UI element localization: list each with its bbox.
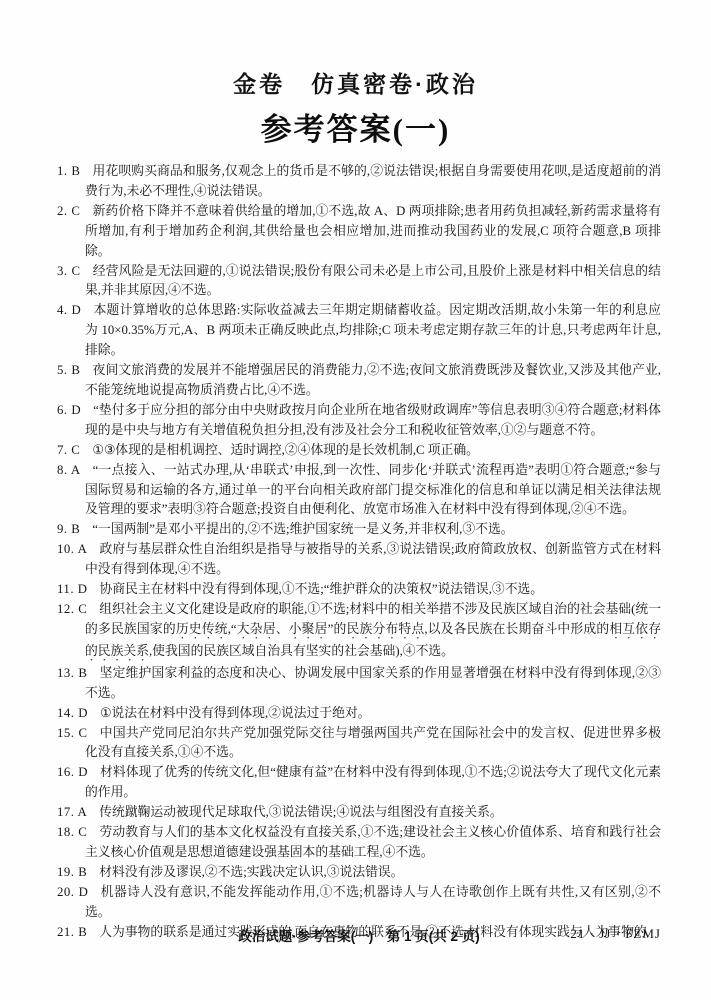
answer-text: 材料体现了优秀的传统文化,但“健康有益”在材料中没有得到体现,①不选;②说法夸大… — [85, 765, 661, 799]
answer-text: 夜间文旅消费的发展并不能增强居民的消费能力,②不选;夜间文旅消费既涉及餐饮业,又… — [85, 363, 661, 397]
answer-number: 14. D — [57, 706, 88, 720]
answer-text: ①说法在材料中没有得到体现,②说法过于绝对。 — [100, 706, 371, 720]
answer-text: 材料没有涉及谬误,②不选;实践决定认识,③说法错误。 — [99, 865, 403, 879]
text-segment: ,“ — [228, 622, 237, 636]
answer-text: 坚定维护国家利益的态度和决心、协调发展中国家关系的作用显著增强在材料中没有得到体… — [85, 666, 661, 700]
answer-item: 19. B材料没有涉及谬误,②不选;实践决定认识,③说法错误。 — [57, 863, 661, 883]
answer-item: 14. D①说法在材料中没有得到体现,②说法过于绝对。 — [57, 704, 661, 724]
text-segment: 用花呗购买商品和服务,仅观念上的货币是不够的,②说法错误;根据自身需要使用花呗,… — [85, 164, 661, 198]
answer-text: 传统蹴鞠运动被现代足球取代,③说法错误;④说法与组图没有直接关系。 — [99, 805, 502, 819]
answer-item: 18. C劳动教育与人们的基本文化权益没有直接关系,①不选;建设社会主义核心价值… — [57, 823, 661, 863]
answer-number: 19. B — [57, 865, 87, 879]
answer-number: 18. C — [57, 825, 87, 839]
footer-code: 21 · JJ · FZMJ — [570, 926, 661, 942]
answer-text: “垫付多于应分担的部分由中央财政按月向企业所在地省级财政调库”等信息表明③④符合… — [85, 403, 661, 437]
answer-number: 2. C — [57, 204, 80, 218]
answer-number: 13. B — [57, 666, 87, 680]
answer-number: 1. B — [57, 164, 80, 178]
answer-text: “一国两制”是邓小平提出的,②不选;维护国家统一是义务,并非权利,③不选。 — [92, 522, 513, 536]
text-segment: 传统蹴鞠运动被现代足球取代,③说法错误;④说法与组图没有直接关系。 — [99, 805, 502, 819]
answer-text: 机器诗人没有意识,不能发挥能动作用,①不选;机器诗人与人在诗歌创作上既有共性,又… — [85, 885, 661, 919]
answer-number: 6. D — [57, 403, 81, 417]
answer-item: 3. C经营风险是无法回避的,①说法错误;股份有限公司未必是上市公司,且股价上涨… — [57, 262, 661, 302]
text-segment: 劳动教育与人们的基本文化权益没有直接关系,①不选;建设社会主义核心价值体系、培育… — [85, 825, 661, 859]
answer-item: 5. B夜间文旅消费的发展并不能增强居民的消费能力,②不选;夜间文旅消费既涉及餐… — [57, 361, 661, 401]
answer-number: 5. B — [57, 363, 80, 377]
text-segment: ①③体现的是相机调控、适时调控,②④体现的是长效机制,C 项正确。 — [92, 443, 479, 457]
answer-number: 10. A — [57, 542, 87, 556]
text-segment: “垫付多于应分担的部分由中央财政按月向企业所在地省级财政调库”等信息表明③④符合… — [85, 403, 661, 437]
answer-item: 6. D“垫付多于应分担的部分由中央财政按月向企业所在地省级财政调库”等信息表明… — [57, 401, 661, 441]
answer-item: 10. A政府与基层群众性自治组织是指导与被指导的关系,③说法错误;政府简政放权… — [57, 540, 661, 580]
text-segment: ①说法在材料中没有得到体现,②说法过于绝对。 — [100, 706, 371, 720]
text-segment: 经营风险是无法回避的,①说法错误;股份有限公司未必是上市公司,且股价上涨是材料中… — [85, 264, 661, 298]
answer-item: 11. D协商民主在材料中没有得到体现,①不选;“维护群众的决策权”说法错误,③… — [57, 580, 661, 600]
answer-number: 16. D — [57, 765, 88, 779]
answer-number: 17. A — [57, 805, 87, 819]
answer-item: 13. B坚定维护国家利益的态度和决心、协调发展中国家关系的作用显著增强在材料中… — [57, 664, 661, 704]
text-segment: 新药价格下降并不意味着供给量的增加,①不选,故 A、D 两项排除;患者用药负担减… — [85, 204, 661, 258]
text-segment: 协商民主在材料中没有得到体现,①不选;“维护群众的决策权”说法错误,③不选。 — [99, 582, 543, 596]
text-segment: ,以及各民族在长期奋斗中形成的 — [424, 622, 609, 636]
text-segment: 材料没有涉及谬误,②不选;实践决定认识,③说法错误。 — [99, 865, 403, 879]
exam-series-title: 金卷 仿真密卷·政治 — [0, 66, 711, 99]
answer-item: 8. A“一点接入、一站式办理,从‘串联式’申报,到一次性、同步化‘并联式’流程… — [57, 461, 661, 521]
answer-text: 中国共产党同尼泊尔共产党加强党际交往与增强两国共产党在国际社会中的发言权、促进世… — [85, 726, 661, 760]
answer-item: 20. D机器诗人没有意识,不能发挥能动作用,①不选;机器诗人与人在诗歌创作上既… — [57, 883, 661, 923]
answer-text: “一点接入、一站式办理,从‘串联式’申报,到一次性、同步化‘并联式’流程再造”表… — [85, 463, 661, 517]
answer-number: 9. B — [57, 522, 80, 536]
answer-text: 新药价格下降并不意味着供给量的增加,①不选,故 A、D 两项排除;患者用药负担减… — [85, 204, 661, 258]
text-segment: ”的 — [328, 622, 347, 636]
answer-item: 2. C新药价格下降并不意味着供给量的增加,①不选,故 A、D 两项排除;患者用… — [57, 202, 661, 262]
text-segment: 机器诗人没有意识,不能发挥能动作用,①不选;机器诗人与人在诗歌创作上既有共性,又… — [85, 885, 661, 919]
text-segment: 政府与基层群众性自治组织是指导与被指导的关系,③说法错误;政府简政放权、创新监管… — [85, 542, 661, 576]
answer-item: 17. A传统蹴鞠运动被现代足球取代,③说法错误;④说法与组图没有直接关系。 — [57, 803, 661, 823]
answer-list: 1. B用花呗购买商品和服务,仅观念上的货币是不够的,②说法错误;根据自身需要使… — [0, 162, 711, 943]
answer-item: 7. C①③体现的是相机调控、适时调控,②④体现的是长效机制,C 项正确。 — [57, 441, 661, 461]
text-segment: 材料体现了优秀的传统文化,但“健康有益”在材料中没有得到体现,①不选;②说法夸大… — [85, 765, 661, 799]
answer-number: 11. D — [57, 582, 87, 596]
answer-item: 9. B“一国两制”是邓小平提出的,②不选;维护国家统一是义务,并非权利,③不选… — [57, 520, 661, 540]
text-segment: “一国两制”是邓小平提出的,②不选;维护国家统一是义务,并非权利,③不选。 — [92, 522, 513, 536]
text-segment: 坚定维护国家利益的态度和决心、协调发展中国家关系的作用显著增强在材料中没有得到体… — [85, 666, 661, 700]
answer-text: 政府与基层群众性自治组织是指导与被指导的关系,③说法错误;政府简政放权、创新监管… — [85, 542, 661, 576]
answer-item: 1. B用花呗购买商品和服务,仅观念上的货币是不够的,②说法错误;根据自身需要使… — [57, 162, 661, 202]
answer-sheet-page: 金卷 仿真密卷·政治 参考答案(一) 1. B用花呗购买商品和服务,仅观念上的货… — [0, 0, 711, 1000]
answer-text: ①③体现的是相机调控、适时调控,②④体现的是长效机制,C 项正确。 — [92, 443, 479, 457]
answer-item: 16. D材料体现了优秀的传统文化,但“健康有益”在材料中没有得到体现,①不选;… — [57, 763, 661, 803]
answer-text: 劳动教育与人们的基本文化权益没有直接关系,①不选;建设社会主义核心价值体系、培育… — [85, 825, 661, 859]
answer-number: 3. C — [57, 264, 81, 278]
answer-number: 15. C — [57, 726, 88, 740]
page-title: 参考答案(一) — [0, 104, 711, 149]
answer-text: 本题计算增收的总体思路:实际收益减去三年期定期储蓄收益。因定期改活期,故小朱第一… — [85, 303, 661, 357]
page-footer: 政治试题·参考答案(一) 第 1 页(共 2 页) 21 · JJ · FZMJ — [57, 925, 661, 945]
answer-number: 8. A — [57, 463, 81, 477]
answer-text: 组织社会主义文化建设是政府的职能,①不选;材料中的相关举措不涉及民族区域自治的社… — [85, 602, 661, 658]
answer-text: 用花呗购买商品和服务,仅观念上的货币是不够的,②说法错误;根据自身需要使用花呗,… — [85, 164, 661, 198]
answer-item: 4. D本题计算增收的总体思路:实际收益减去三年期定期储蓄收益。因定期改活期,故… — [57, 301, 661, 361]
answer-number: 4. D — [57, 303, 81, 317]
text-segment: 夜间文旅消费的发展并不能增强居民的消费能力,②不选;夜间文旅消费既涉及餐饮业,又… — [85, 363, 661, 397]
answer-item: 15. C中国共产党同尼泊尔共产党加强党际交往与增强两国共产党在国际社会中的发言… — [57, 724, 661, 764]
answer-text: 经营风险是无法回避的,①说法错误;股份有限公司未必是上市公司,且股价上涨是材料中… — [85, 264, 661, 298]
answer-number: 12. C — [57, 602, 87, 616]
answer-item: 12. C组织社会主义文化建设是政府的职能,①不选;材料中的相关举措不涉及民族区… — [57, 600, 661, 664]
answer-text: 协商民主在材料中没有得到体现,①不选;“维护群众的决策权”说法错误,③不选。 — [99, 582, 543, 596]
text-segment: “一点接入、一站式办理,从‘串联式’申报,到一次性、同步化‘并联式’流程再造”表… — [85, 463, 661, 517]
emphasized-text: 历史传统 — [176, 622, 228, 636]
text-segment: ,使我国的民族区域自治具有坚实的社会基础),④不选。 — [149, 644, 454, 658]
text-segment: 中国共产党同尼泊尔共产党加强党际交往与增强两国共产党在国际社会中的发言权、促进世… — [85, 726, 661, 760]
emphasized-text: 大杂居、小聚居 — [237, 622, 328, 636]
emphasized-text: 民族分布特点 — [346, 622, 424, 636]
answer-number: 7. C — [57, 443, 80, 457]
answer-number: 20. D — [57, 885, 88, 899]
text-segment: 本题计算增收的总体思路:实际收益减去三年期定期储蓄收益。因定期改活期,故小朱第一… — [85, 303, 661, 357]
